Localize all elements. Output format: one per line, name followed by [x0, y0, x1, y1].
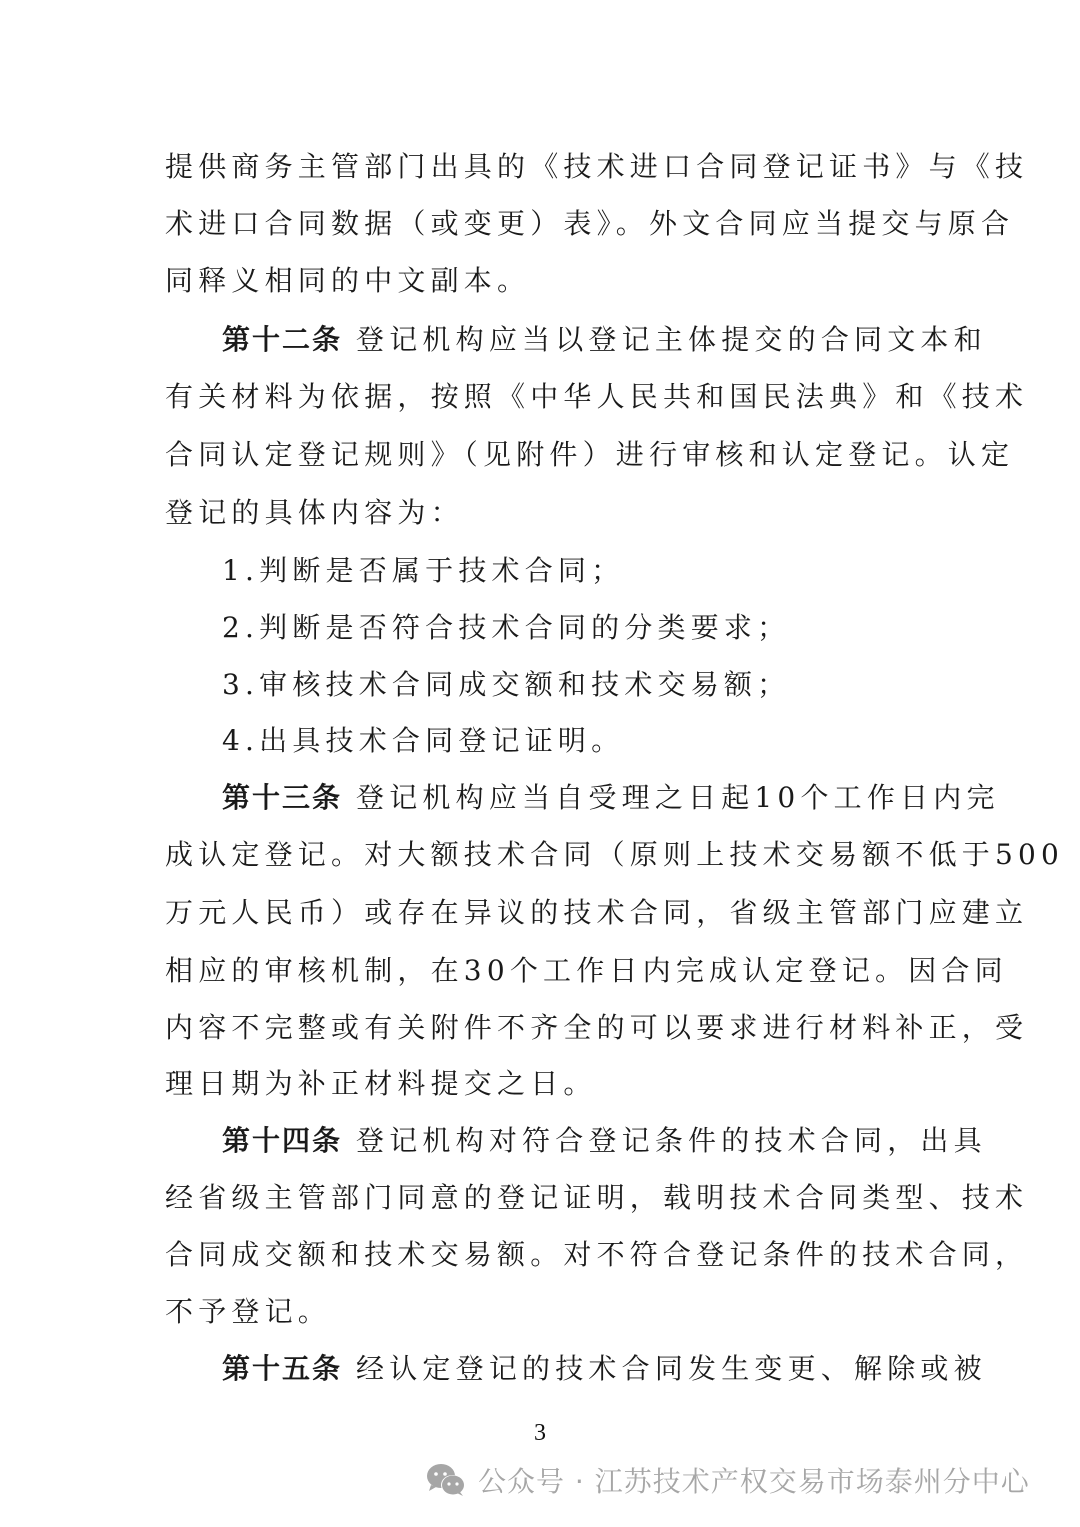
- article-13-heading: 第十三条: [222, 781, 342, 814]
- article-12-first-line: 第十二条登记机构应当以登记主体提交的合同文本和: [222, 323, 917, 357]
- list-item: 3.审核技术合同成交额和技术交易额；: [222, 668, 917, 702]
- text-line: 有关材料为依据，按照《中华人民共和国民法典》和《技术: [165, 380, 917, 414]
- text-line: 经省级主管部门同意的登记证明，载明技术合同类型、技术: [165, 1181, 917, 1215]
- document-page: 提供商务主管部门出具的《技术进口合同登记证书》与《技 术进口合同数据（或变更）表…: [0, 0, 1080, 1527]
- list-item: 2.判断是否符合技术合同的分类要求；: [222, 611, 917, 645]
- text-line: 不予登记。: [165, 1295, 917, 1329]
- article-14-heading: 第十四条: [222, 1124, 342, 1157]
- text-line: 登记的具体内容为：: [165, 496, 917, 530]
- article-14-first-line: 第十四条登记机构对符合登记条件的技术合同，出具: [222, 1124, 917, 1158]
- text-line: 同释义相同的中文副本。: [165, 264, 917, 298]
- article-15-first-line: 第十五条经认定登记的技术合同发生变更、解除或被: [222, 1352, 917, 1386]
- list-item: 4.出具技术合同登记证明。: [222, 724, 917, 758]
- list-item: 1.判断是否属于技术合同；: [222, 554, 917, 588]
- article-15-heading: 第十五条: [222, 1352, 342, 1385]
- article-12-heading: 第十二条: [222, 323, 342, 356]
- text-line: 理日期为补正材料提交之日。: [165, 1067, 917, 1101]
- text-line: 成认定登记。对大额技术合同（原则上技术交易额不低于500: [165, 838, 917, 872]
- article-13-first-line: 第十三条登记机构应当自受理之日起10个工作日内完: [222, 781, 917, 815]
- wechat-icon: [426, 1463, 466, 1497]
- watermark-text: 公众号 · 江苏技术产权交易市场泰州分中心: [478, 1460, 1030, 1500]
- text-line: 相应的审核机制，在30个工作日内完成认定登记。因合同: [165, 954, 917, 988]
- text-line: 内容不完整或有关附件不齐全的可以要求进行材料补正，受: [165, 1011, 917, 1045]
- text-line: 万元人民币）或存在异议的技术合同，省级主管部门应建立: [165, 896, 917, 930]
- page-number: 3: [0, 1420, 1080, 1447]
- text-line: 术进口合同数据（或变更）表》。外文合同应当提交与原合: [165, 207, 917, 241]
- text-line: 合同认定登记规则》（见附件）进行审核和认定登记。认定: [165, 438, 917, 472]
- text-line: 合同成交额和技术交易额。对不符合登记条件的技术合同，: [165, 1238, 917, 1272]
- text-line: 提供商务主管部门出具的《技术进口合同登记证书》与《技: [165, 150, 917, 184]
- wechat-watermark: 公众号 · 江苏技术产权交易市场泰州分中心: [426, 1456, 1030, 1504]
